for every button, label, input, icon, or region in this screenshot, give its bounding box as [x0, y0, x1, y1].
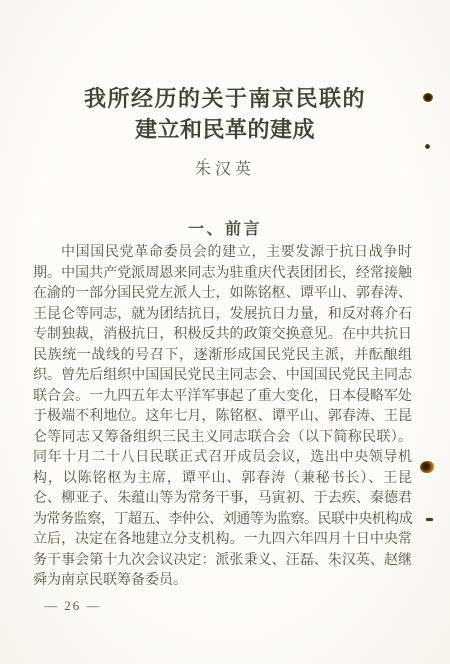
scanned-book-page: 我所经历的关于南京民联的 建立和民革的建成 朱汉英 一、前言 中国国民党革命委员…	[0, 0, 450, 664]
body-line: 务干事会第十九次会议决定：派张秉义、汪磊、朱汉英、赵继	[33, 551, 412, 572]
body-text: 中国国民党革命委员会的建立，主要发源于抗日战争时 期。中国共产党派周恩来同志为驻…	[33, 243, 412, 592]
body-line: 联合会。一九四五年太平洋军事起了重大变化，日本侵略军处	[33, 387, 412, 408]
section-heading: 一、前言	[0, 216, 450, 239]
body-line: 为常务监察，丁超五、李仲公、刘通等为监察。民联中央机构成	[33, 510, 412, 531]
document-title: 我所经历的关于南京民联的 建立和民革的建成	[0, 86, 450, 143]
body-line: 舜为南京民联筹备委员。	[33, 571, 412, 592]
body-line: 同年十月二十八日民联正式召开成员会议，选出中央领导机	[33, 448, 412, 469]
body-line: 立后，决定在各地建立分支机构。一九四六年四月十日中央常	[33, 530, 412, 551]
body-line: 在渝的一部分国民党左派人士，如陈铭枢、谭平山、郭春涛、	[33, 284, 412, 305]
body-line: 仑、柳亚子、朱蕴山等为常务干事，马寅初、于去疾、秦德君	[33, 489, 412, 510]
body-line: 中国国民党革命委员会的建立，主要发源于抗日战争时	[33, 243, 412, 264]
body-line: 专制独裁，消极抗日，积极反共的政策交换意见。在中共抗日	[33, 325, 412, 346]
title-line-1: 我所经历的关于南京民联的	[0, 86, 450, 112]
body-line: 民族统一战线的号召下，逐渐形成国民党民主派，并酝酿组	[33, 346, 412, 367]
ink-stain-large-middle	[420, 461, 434, 473]
body-line: 构，以陈铭枢为主席，谭平山、郭春涛（兼秘书长）、王昆	[33, 469, 412, 490]
author-name: 朱汉英	[0, 156, 450, 179]
body-line: 仑等同志又筹备组织三民主义同志联合会（以下简称民联）。	[33, 428, 412, 449]
body-line: 于极端不利地位。这年七月，陈铭枢、谭平山、郭春涛、王昆	[33, 407, 412, 428]
ink-stain-small-top	[425, 144, 430, 149]
body-line: 王昆仑等同志，就为团结抗日，发展抗日力量，和反对蒋介石	[33, 305, 412, 326]
body-line: 织。曾先后组织中国国民党民主同志会、中国国民党民主同志	[33, 366, 412, 387]
body-line: 期。中国共产党派周恩来同志为驻重庆代表团团长，经常接触	[33, 264, 412, 285]
title-line-2: 建立和民革的建成	[0, 117, 450, 143]
ink-stain-dash	[426, 518, 433, 521]
page-number: — 26 —	[44, 598, 102, 614]
